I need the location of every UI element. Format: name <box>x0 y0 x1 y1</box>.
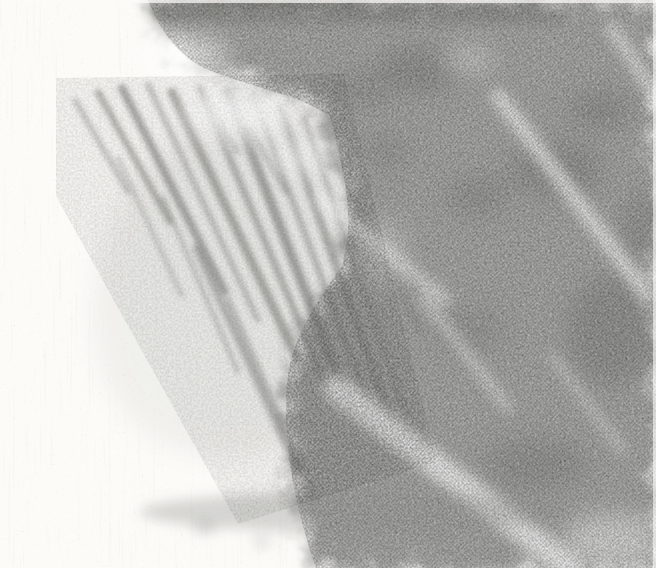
top-margin-strip <box>0 0 656 3</box>
scanned-photo-frame <box>0 0 656 568</box>
halftone-photo-canvas <box>0 0 656 568</box>
fine-grain-overlay <box>0 0 656 568</box>
